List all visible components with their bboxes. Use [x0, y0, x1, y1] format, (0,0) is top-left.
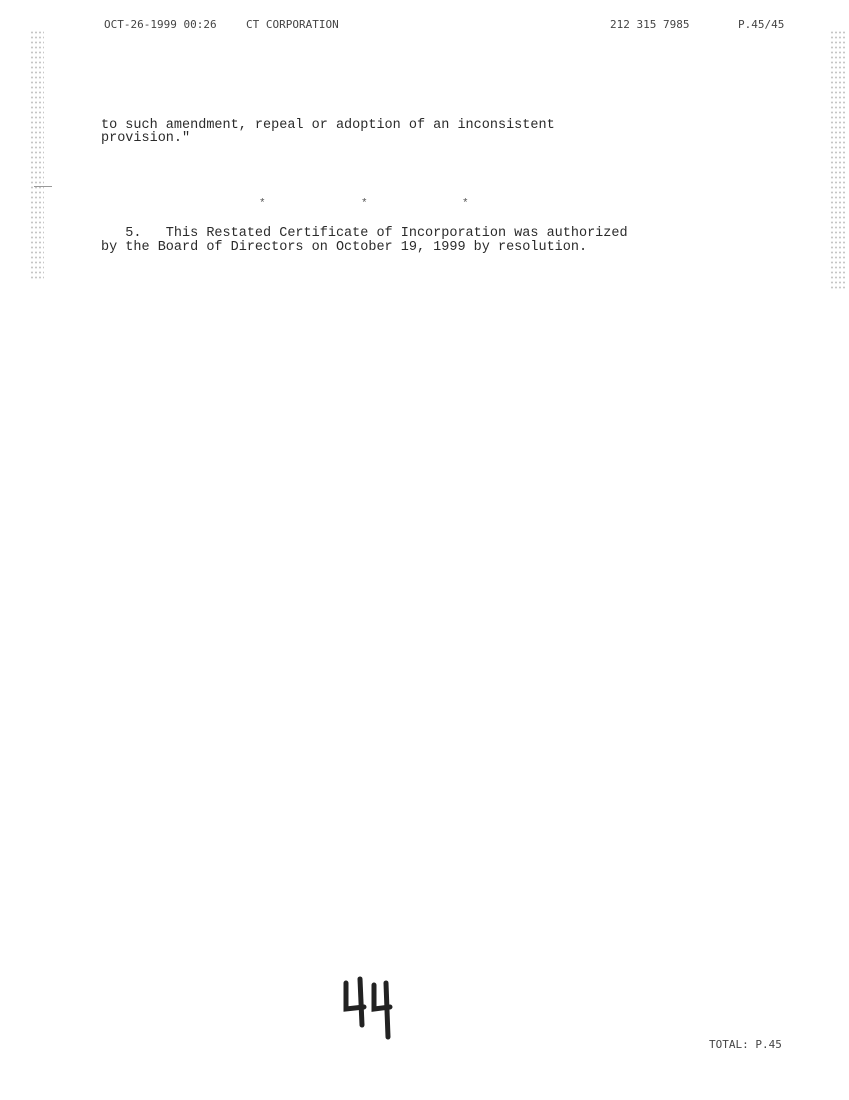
fax-header: OCT-26-1999 00:26 CT CORPORATION 212 315… [0, 18, 849, 34]
continuation-line-2: provision." [101, 132, 190, 146]
handwritten-page-number: 44 [338, 975, 418, 1045]
paragraph-5-line-2: by the Board of Directors on October 19,… [101, 241, 587, 255]
fax-datetime: OCT-26-1999 00:26 [104, 18, 217, 31]
fax-phone: 212 315 7985 [610, 18, 689, 31]
fax-sender: CT CORPORATION [246, 18, 339, 31]
separator-star: * [259, 198, 266, 210]
paragraph-5-line-1: 5. This Restated Certificate of Incorpor… [101, 227, 628, 241]
scan-mark [34, 186, 52, 187]
fax-page-count: P.45/45 [738, 18, 784, 31]
separator-star: * [361, 198, 368, 210]
separator-star: * [462, 198, 469, 210]
scan-noise-left [30, 30, 44, 280]
scan-noise-right [830, 30, 846, 290]
fax-total-pages: TOTAL: P.45 [709, 1038, 782, 1051]
